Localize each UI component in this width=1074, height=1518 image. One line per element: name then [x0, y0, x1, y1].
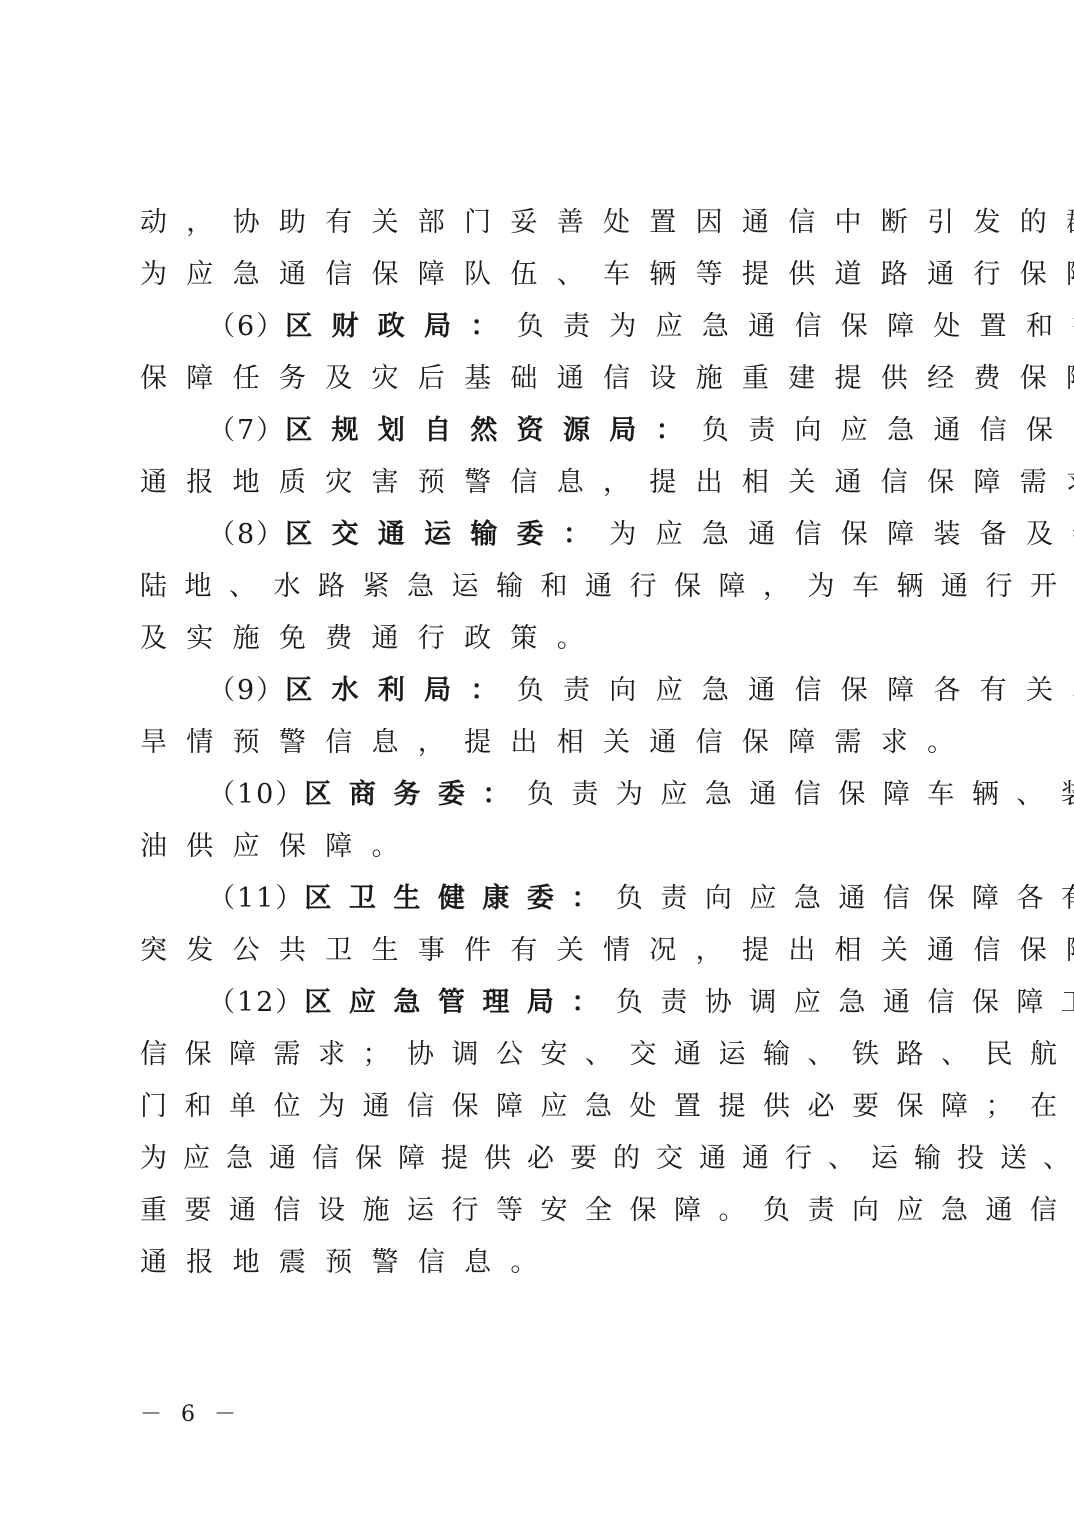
- text-line: 及实施免费通行政策。: [140, 613, 936, 665]
- item-6-first-line: （6）区财政局：负责为应急通信保障处置和执行重要通信: [140, 301, 936, 353]
- item-10-first-line: （10）区商务委：负责为应急通信保障车辆、装备提供成品: [140, 769, 936, 821]
- item-number: （11）: [208, 883, 304, 914]
- item-text: 负责协调应急通信保障工作，提出通: [616, 987, 1074, 1018]
- item-heading: 区商务委：: [304, 779, 527, 810]
- text-line: 突发公共卫生事件有关情况，提出相关通信保障需求。: [140, 925, 936, 977]
- item-text: 负责向应急通信保障各有关部门: [702, 415, 1074, 446]
- text-line: 旱情预警信息，提出相关通信保障需求。: [140, 717, 936, 769]
- text-line: 保障任务及灾后基础通信设施重建提供经费保障。: [140, 353, 936, 405]
- text-line: 为应急通信保障队伍、车辆等提供道路通行保障。: [140, 249, 936, 301]
- item-heading: 区水利局：: [285, 675, 517, 706]
- text-line: 信保障需求；协调公安、交通运输、铁路、民航、电力能源等部: [140, 1029, 936, 1081]
- item-heading: 区交通运输委：: [285, 519, 609, 550]
- item-number: （12）: [208, 987, 304, 1018]
- document-page: 动，协助有关部门妥善处置因通信中断引发的群体性治安事件； 为应急通信保障队伍、车…: [0, 0, 1074, 1518]
- item-number: （10）: [208, 779, 304, 810]
- item-9-first-line: （9）区水利局：负责向应急通信保障各有关单位通报水情: [140, 665, 936, 717]
- text-line: 通报地质灾害预警信息，提出相关通信保障需求。: [140, 457, 936, 509]
- text-line: 通报地震预警信息。: [140, 1237, 936, 1289]
- item-8-first-line: （8）区交通运输委：为应急通信保障装备及物资运输提供: [140, 509, 936, 561]
- item-heading: 区卫生健康委：: [304, 883, 616, 914]
- text-line: 陆地、水路紧急运输和通行保障，为车辆通行开通“绿色通道”: [140, 561, 936, 613]
- text-line: 为应急通信保障提供必要的交通通行、运输投送、电力油料供应、: [140, 1133, 936, 1185]
- item-text: 负责向应急通信保障各有关单位通报水情: [517, 675, 1074, 706]
- item-text: 负责为应急通信保障车辆、装备提供成品: [527, 779, 1074, 810]
- item-7-first-line: （7）区规划自然资源局：负责向应急通信保障各有关部门: [140, 405, 936, 457]
- text-line: 门和单位为通信保障应急处置提供必要保障；在灾害事故处置中: [140, 1081, 936, 1133]
- item-12-first-line: （12）区应急管理局：负责协调应急通信保障工作，提出通: [140, 977, 936, 1029]
- text-line: 动，协助有关部门妥善处置因通信中断引发的群体性治安事件；: [140, 197, 936, 249]
- item-11-first-line: （11）区卫生健康委：负责向应急通信保障各有关部门通报: [140, 873, 936, 925]
- item-text: 负责向应急通信保障各有关部门通报: [616, 883, 1074, 914]
- text-line: 油供应保障。: [140, 821, 936, 873]
- document-body: 动，协助有关部门妥善处置因通信中断引发的群体性治安事件； 为应急通信保障队伍、车…: [140, 197, 936, 1289]
- item-heading: 区规划自然资源局：: [285, 415, 702, 446]
- item-number: （6）: [208, 311, 285, 342]
- item-number: （8）: [208, 519, 285, 550]
- page-number: － 6 －: [140, 1400, 242, 1430]
- item-number: （9）: [208, 675, 285, 706]
- item-number: （7）: [208, 415, 285, 446]
- item-heading: 区应急管理局：: [304, 987, 616, 1018]
- item-text: 为应急通信保障装备及物资运输提供: [609, 519, 1074, 550]
- item-text: 负责为应急通信保障处置和执行重要通信: [517, 311, 1074, 342]
- text-line: 重要通信设施运行等安全保障。负责向应急通信保障各有关部门: [140, 1185, 936, 1237]
- item-heading: 区财政局：: [285, 311, 517, 342]
